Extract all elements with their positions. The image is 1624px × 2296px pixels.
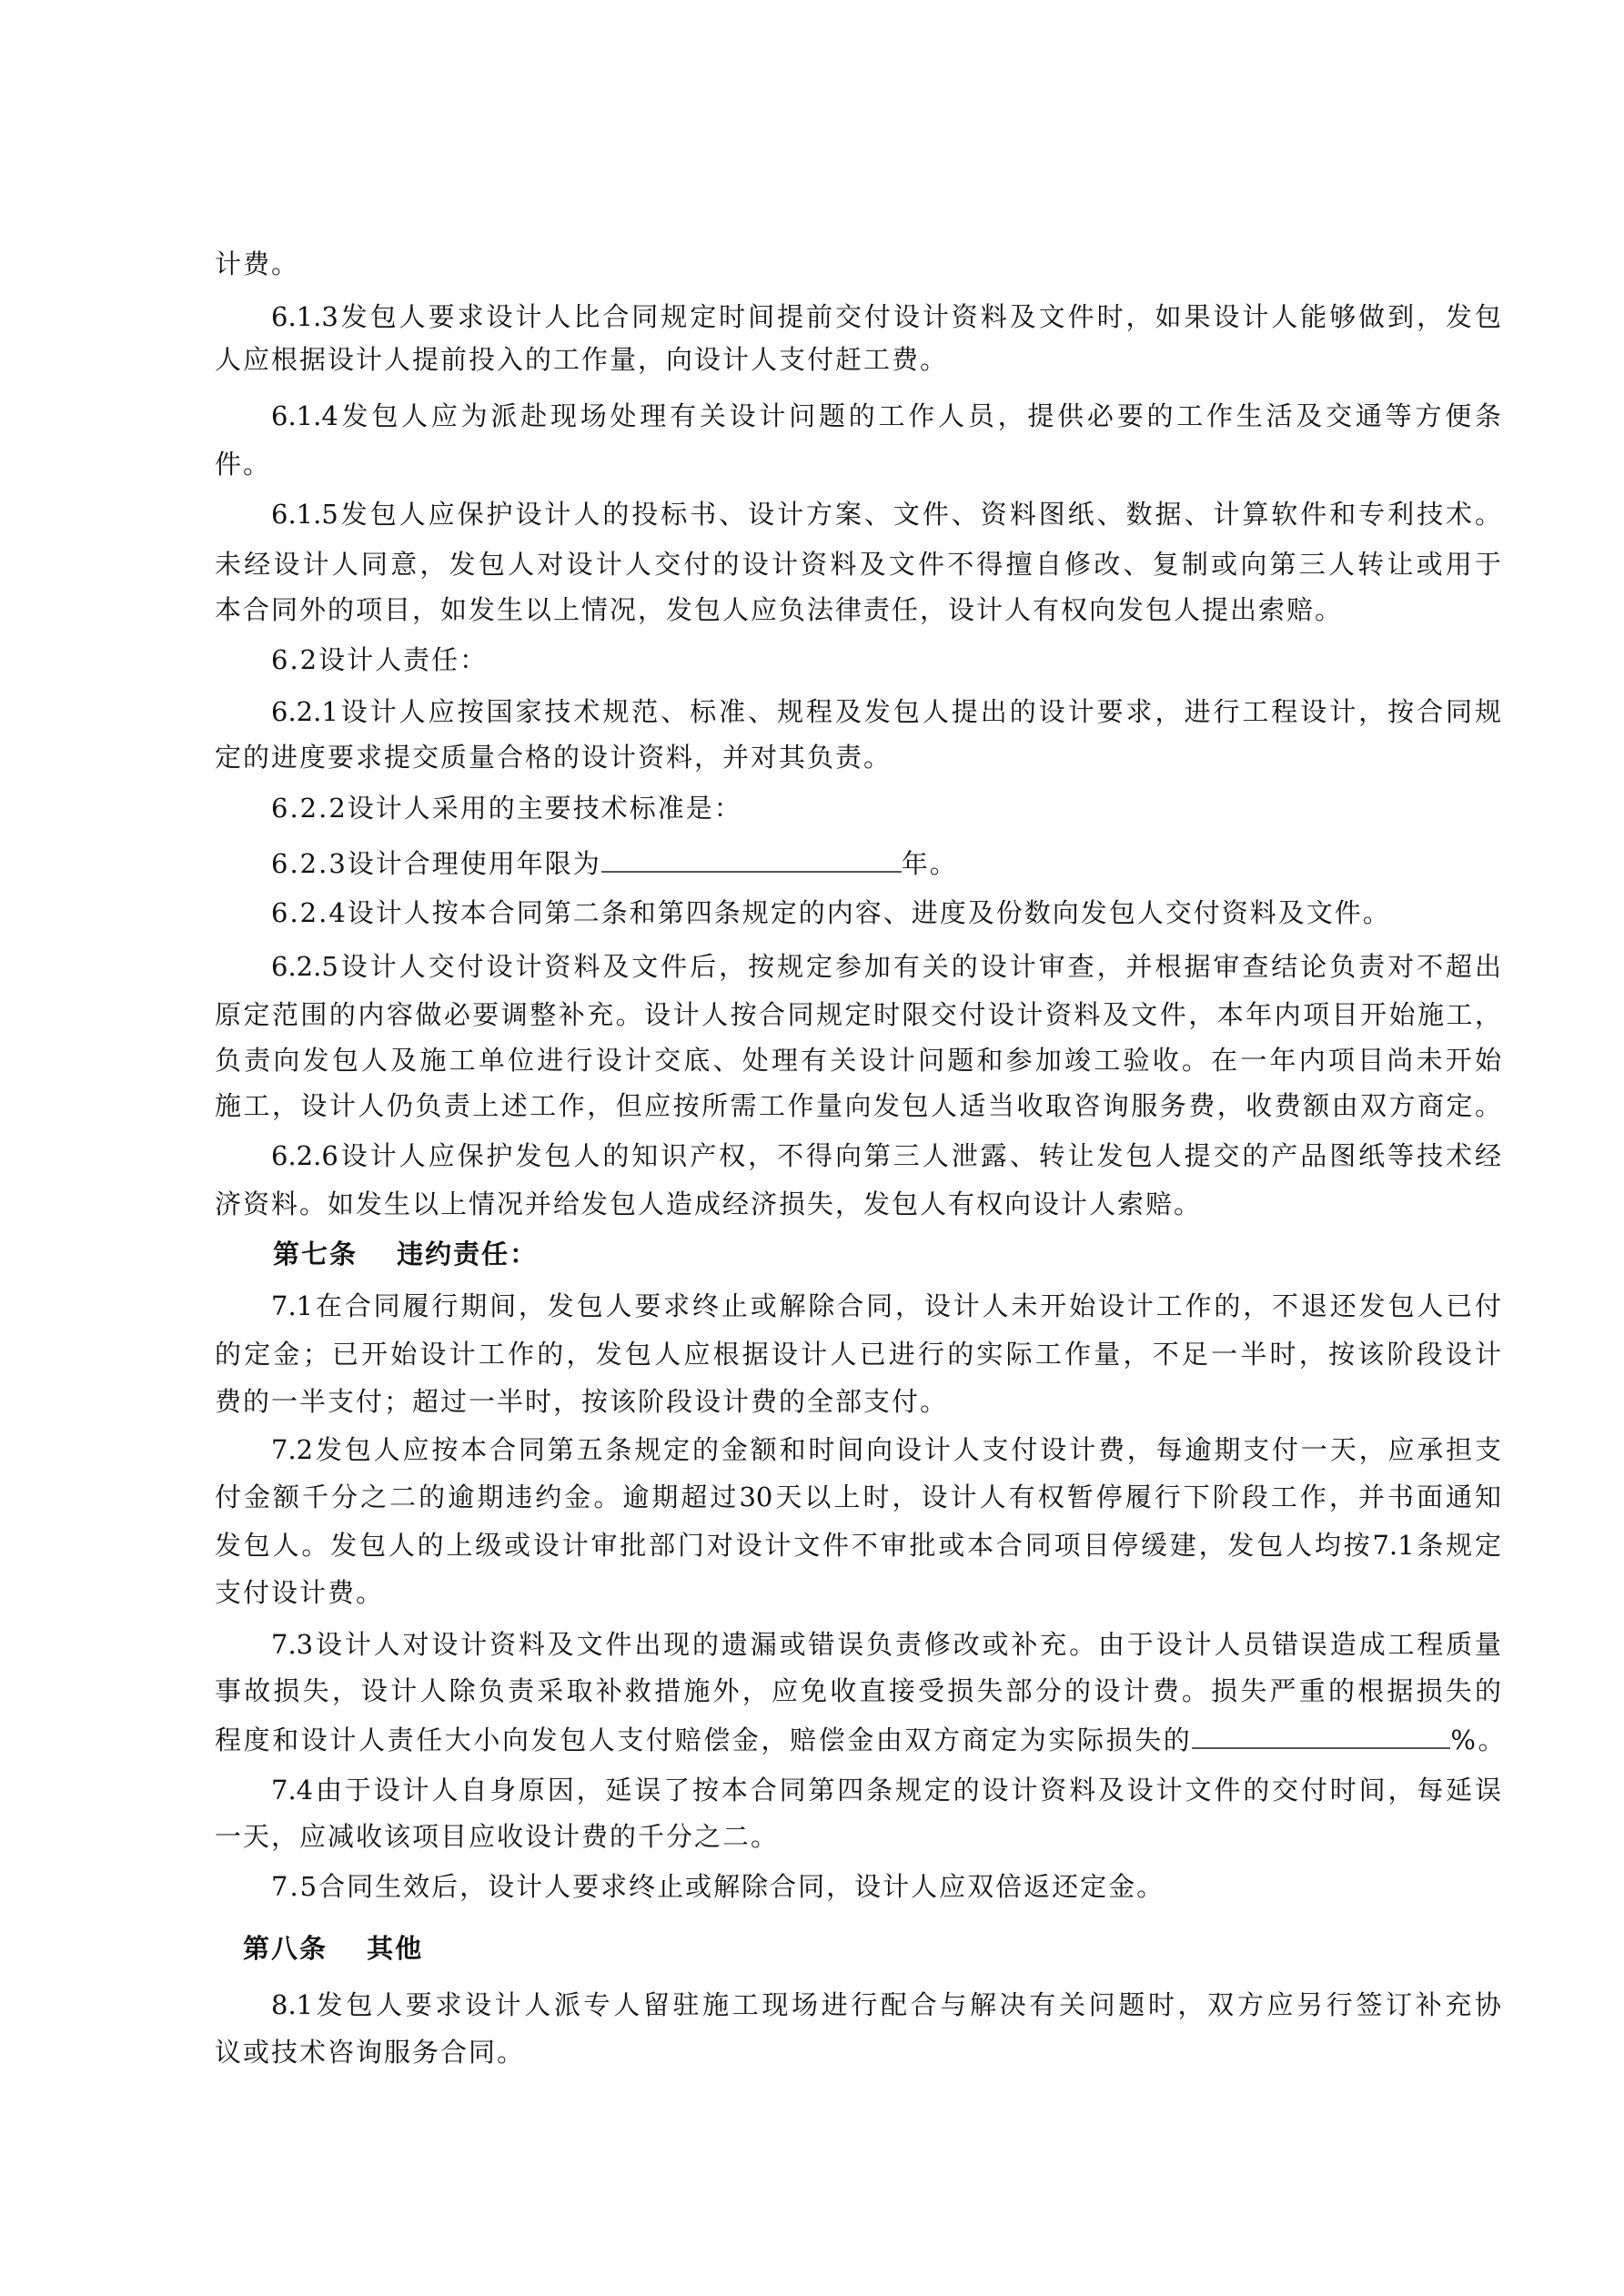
text-line: 未经设计人同意，发包人对设计人交付的设计资料及文件不得擅自修改、复制或向第三人转… <box>215 546 1501 582</box>
text-line: 发包人。发包人的上级或设计审批部门对设计文件不审批或本合同项目停缓建，发包人均按… <box>215 1527 1501 1563</box>
heading-article-8: 第八条 其他 <box>243 1930 423 1967</box>
text-line: 件。 <box>215 446 1501 482</box>
text-line: 付金额千分之二的逾期违约金。逾期超过30天以上时，设计人有权暂停履行下阶段工作，… <box>215 1479 1501 1515</box>
text-line: 7.4由于设计人自身原因，延误了按本合同第四条规定的设计资料及设计文件的交付时间… <box>215 1772 1501 1808</box>
text-line: 6.2.6设计人应保护发包人的知识产权，不得向第三人泄露、转让发包人提交的产品图… <box>215 1138 1501 1174</box>
text-line: 6.2.4设计人按本合同第二条和第四条规定的内容、进度及份数向发包人交付资料及文… <box>215 895 1501 931</box>
document-page: 第七条 违约责任： 第八条 其他 计费。6.1.3发包人要求设计人比合同规定时间… <box>0 0 1624 2296</box>
text-line: 6.2.2设计人采用的主要技术标准是： <box>215 790 1501 826</box>
text-line: 6.1.5发包人应保护设计人的投标书、设计方案、文件、资料图纸、数据、计算软件和… <box>215 496 1501 532</box>
text-line: 支付设计费。 <box>215 1574 1501 1611</box>
text-line: 负责向发包人及施工单位进行设计交底、处理有关设计问题和参加竣工验收。在一年内项目… <box>215 1042 1501 1078</box>
clause-7-3-prefix: 程度和设计人责任大小向发包人支付赔偿金，赔偿金由双方商定为实际损失的 <box>215 1725 1192 1755</box>
clause-7-3-last-line: 程度和设计人责任大小向发包人支付赔偿金，赔偿金由双方商定为实际损失的%。 <box>215 1720 1501 1756</box>
text-line: 济资料。如发生以上情况并给发包人造成经济损失，发包人有权向设计人索赔。 <box>215 1186 1501 1222</box>
service-life-blank[interactable] <box>601 844 902 873</box>
text-line: 6.1.3发包人要求设计人比合同规定时间提前交付设计资料及文件时，如果设计人能够… <box>215 298 1501 335</box>
clause-6-2-3-suffix: 年。 <box>902 848 958 879</box>
text-line: 定的进度要求提交质量合格的设计资料，并对其负责。 <box>215 739 1501 775</box>
text-line: 的定金；已开始设计工作的，发包人应根据设计人已进行的实际工作量，不足一半时，按该… <box>215 1336 1501 1372</box>
heading-article-7: 第七条 违约责任： <box>273 1236 538 1272</box>
text-line: 6.2.5设计人交付设计资料及文件后，按规定参加有关的设计审查，并根据审查结论负… <box>215 948 1501 985</box>
clause-6-2-3-prefix: 6.2.3设计合理使用年限为 <box>271 848 601 879</box>
text-line: 8.1发包人要求设计人派专人留驻施工现场进行配合与解决有关问题时，双方应另行签订… <box>215 1987 1501 2023</box>
text-line: 7.5合同生效后，设计人要求终止或解除合同，设计人应双倍返还定金。 <box>215 1868 1501 1905</box>
text-line: 人应根据设计人提前投入的工作量，向设计人支付赶工费。 <box>215 341 1501 378</box>
text-line: 7.2发包人应按本合同第五条规定的金额和时间向设计人支付设计费，每逾期支付一天，… <box>215 1431 1501 1468</box>
compensation-percent-blank[interactable] <box>1192 1720 1450 1749</box>
text-line: 费的一半支付；超过一半时，按该阶段设计费的全部支付。 <box>215 1383 1501 1420</box>
text-line: 6.1.4发包人应为派赴现场处理有关设计问题的工作人员，提供必要的工作生活及交通… <box>215 398 1501 434</box>
text-line: 施工，设计人仍负责上述工作，但应按所需工作量向发包人适当收取咨询服务费，收费额由… <box>215 1087 1501 1124</box>
text-line: 计费。 <box>215 246 1501 282</box>
text-line: 7.1在合同履行期间，发包人要求终止或解除合同，设计人未开始设计工作的，不退还发… <box>215 1288 1501 1324</box>
text-line: 议或技术咨询服务合同。 <box>215 2034 1501 2070</box>
text-line: 一天，应减收该项目应收设计费的千分之二。 <box>215 1818 1501 1855</box>
clause-6-2-3: 6.2.3设计合理使用年限为年。 <box>215 844 1501 880</box>
text-line: 原定范围的内容做必要调整补充。设计人按合同规定时限交付设计资料及文件，本年内项目… <box>215 996 1501 1033</box>
text-line: 7.3设计人对设计资料及文件出现的遗漏或错误负责修改或补充。由于设计人员错误造成… <box>215 1626 1501 1663</box>
clause-7-3-suffix: %。 <box>1450 1725 1507 1755</box>
text-line: 6.2设计人责任： <box>215 642 1501 678</box>
text-line: 事故损失，设计人除负责采取补救措施外，应免收直接受损失部分的设计费。损失严重的根… <box>215 1673 1501 1709</box>
text-line: 6.2.1设计人应按国家技术规范、标准、规程及发包人提出的设计要求，进行工程设计… <box>215 693 1501 730</box>
text-line: 本合同外的项目，如发生以上情况，发包人应负法律责任，设计人有权向发包人提出索赔。 <box>215 592 1501 628</box>
